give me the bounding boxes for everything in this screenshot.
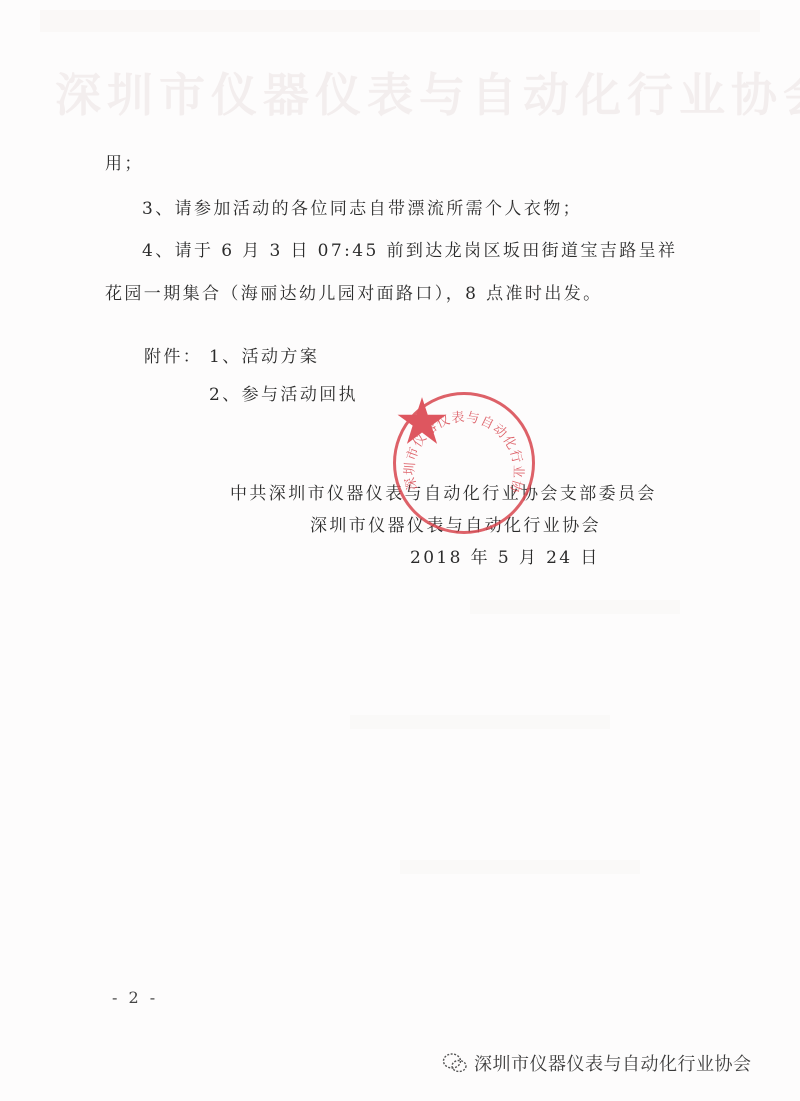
bleed-through-text [470,600,680,614]
bleed-through-title: 深圳市仪器仪表与自动化行业协会文件 [55,55,745,135]
body-line: 3、请参加活动的各位同志自带漂流所需个人衣物； [142,197,582,221]
page-number: - 2 - [112,988,158,1007]
attachment-item: 2、参与活动回执 [209,383,358,407]
watermark: 深圳市仪器仪表与自动化行业协会 [442,1050,752,1076]
body-line: 4、请于 6 月 3 日 07:45 前到达龙岗区坂田街道宝吉路呈祥 [142,239,677,263]
body-line: 花园一期集合（海丽达幼儿园对面路口），8 点准时出发。 [105,282,603,306]
wechat-icon [442,1052,468,1074]
official-seal: 深圳市仪器仪表与自动化行业协会 [393,392,535,534]
body-line: 用； [105,152,144,176]
watermark-text: 深圳市仪器仪表与自动化行业协会 [474,1050,752,1076]
document-page: 深圳市仪器仪表与自动化行业协会文件 用； 3、请参加活动的各位同志自带漂流所需个… [0,0,800,1101]
bleed-through-text [400,860,640,874]
bleed-through-text [350,715,610,729]
bleed-through-strip [40,10,760,32]
signature-date: 2018 年 5 月 24 日 [410,546,600,570]
attachments-label: 附件： [144,345,202,369]
attachment-item: 1、活动方案 [209,345,319,369]
star-icon [396,395,448,447]
